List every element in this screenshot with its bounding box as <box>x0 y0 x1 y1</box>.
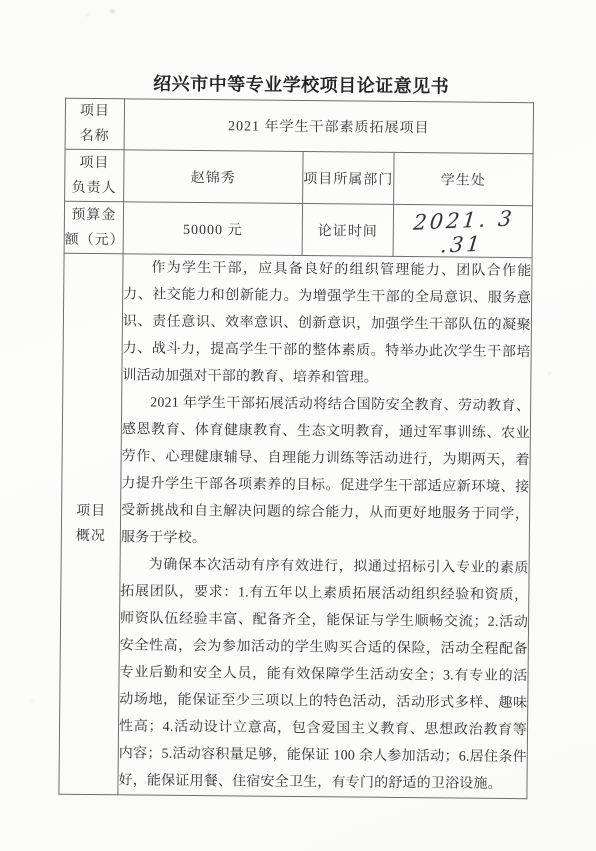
budget-label: 预算金 额（元） <box>64 201 123 254</box>
row-budget: 预算金 额（元） 50000 元 论证时间 2021. 3 .31 <box>64 201 532 257</box>
overview-label: 项目 概况 <box>59 253 123 795</box>
department-label: 项目所属部门 <box>303 152 394 205</box>
overview-label-line2: 概况 <box>62 524 120 550</box>
row-project-name: 项目 名称 2021 年学生干部素质拓展项目 <box>65 98 533 153</box>
overview-paragraph-3: 为确保本次活动有序有效进行，拟通过招标引入专业的素质拓展团队，要求：1.有五年以… <box>118 551 528 798</box>
scanned-document-page: 绍兴市中等专业学校项目论证意见书 项目 名称 2021 年学生干部素质拓展项目 … <box>0 0 596 851</box>
overview-paragraph-1: 作为学生干部，应具备良好的组织管理能力、团队合作能力、社交能力和创新能力。为增强… <box>122 254 531 393</box>
review-time-label: 论证时间 <box>302 204 393 257</box>
project-leader-value: 赵锦秀 <box>124 150 303 204</box>
document-title: 绍兴市中等专业学校项目论证意见书 <box>3 68 596 100</box>
project-leader-label-line1: 项目 <box>65 150 123 176</box>
project-name-label-line1: 项目 <box>66 99 124 125</box>
budget-label-line1: 预算金 <box>65 202 123 228</box>
review-time-value: 2021. 3 .31 <box>393 204 532 257</box>
budget-value: 50000 元 <box>123 202 302 256</box>
overview-paragraph-2: 2021 年学生干部拓展活动将结合国防安全教育、劳动教育、感恩教育、体育健康教育… <box>121 389 531 555</box>
department-value: 学生处 <box>394 152 533 205</box>
row-overview: 项目 概况 作为学生干部，应具备良好的组织管理能力、团队合作能力、社交能力和创新… <box>59 253 532 798</box>
project-leader-label: 项目 负责人 <box>65 149 124 202</box>
project-leader-label-line2: 负责人 <box>65 175 123 201</box>
project-name-label: 项目 名称 <box>65 98 124 150</box>
row-project-leader: 项目 负责人 赵锦秀 项目所属部门 学生处 <box>65 149 533 205</box>
budget-label-line2: 额（元） <box>65 227 123 253</box>
handwritten-date: 2021. 3 .31 <box>392 205 535 259</box>
project-form-table: 项目 名称 2021 年学生干部素质拓展项目 项目 负责人 赵锦秀 项目所属部门… <box>58 98 534 799</box>
overview-label-line1: 项目 <box>62 499 120 525</box>
document-sheet: 绍兴市中等专业学校项目论证意见书 项目 名称 2021 年学生干部素质拓展项目 … <box>0 0 596 851</box>
overview-content: 作为学生干部，应具备良好的组织管理能力、团队合作能力、社交能力和创新能力。为增强… <box>118 254 532 799</box>
project-name-value: 2021 年学生干部素质拓展项目 <box>124 99 533 154</box>
project-name-label-line2: 名称 <box>66 124 124 150</box>
